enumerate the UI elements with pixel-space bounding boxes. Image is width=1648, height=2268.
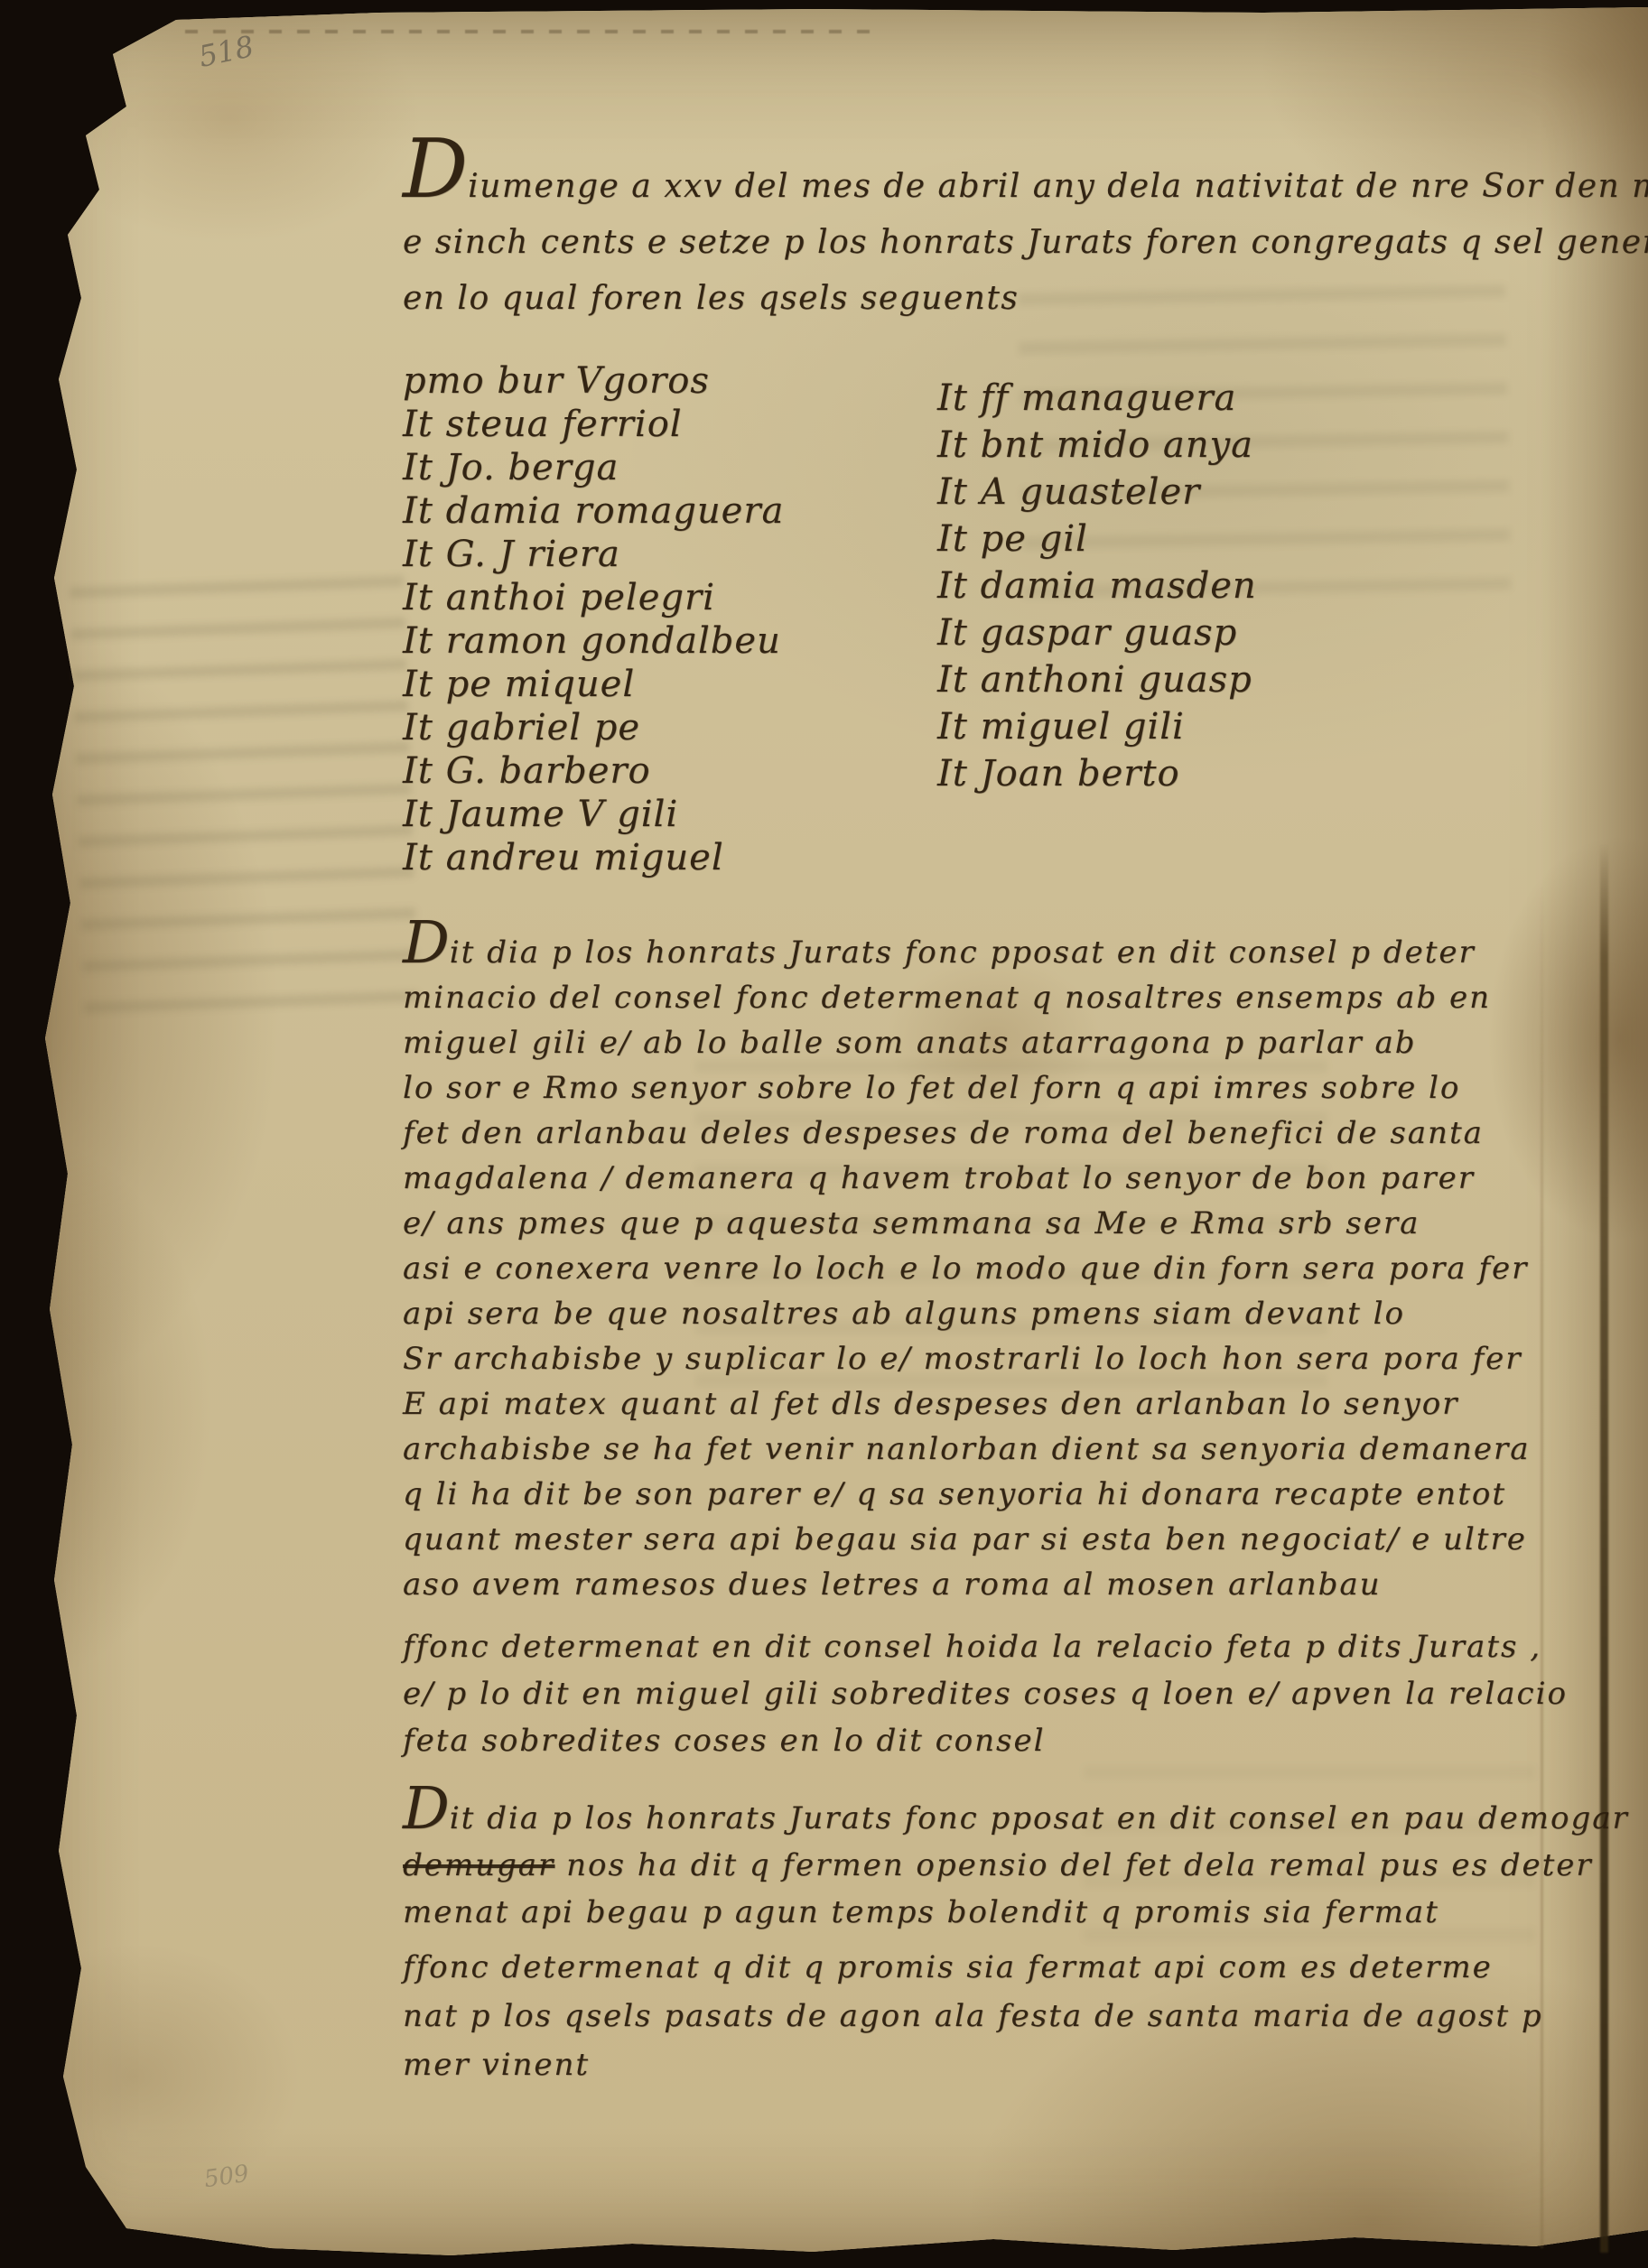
body-line: ffonc determenat en dit consel hoida la …: [403, 1623, 1568, 1670]
attendee-name: It G. barbero: [403, 749, 784, 793]
body-line: asi e conexera venre lo loch e lo modo q…: [403, 1246, 1531, 1291]
body-line: magdalena / demanera q havem trobat lo s…: [403, 1156, 1531, 1201]
body-line: Sr archabisbe y suplicar lo e/ mostrarli…: [403, 1336, 1531, 1381]
attendee-name: It Joan berto: [937, 750, 1257, 797]
paragraph-proposal: Dit dia p los honrats Jurats fonc pposat…: [403, 1795, 1629, 1936]
attendee-name: It bnt mido anya: [937, 422, 1257, 469]
body-line: menat api begau p agun temps bolendit q …: [403, 1889, 1629, 1936]
body-line: minacio del consel fonc determenat q nos…: [403, 975, 1531, 1020]
attendee-list-right: It ff managuera It bnt mido anya It A gu…: [937, 375, 1257, 797]
attendee-name: It A guasteler: [937, 469, 1257, 516]
body-line: lo sor e Rmo senyor sobre lo fet del for…: [403, 1065, 1531, 1111]
paragraph-resolution-tarragona: Dit dia p los honrats Jurats fonc pposat…: [403, 930, 1531, 1607]
attendee-name: It anthoi pelegri: [403, 576, 784, 619]
attendee-name: It Jo. berga: [403, 446, 784, 489]
body-line: mer vinent: [403, 2040, 1543, 2089]
body-line: feta sobredites coses en lo dit consel: [403, 1717, 1568, 1764]
attendee-name: It miguel gili: [937, 703, 1257, 750]
attendee-name: It ramon gondalbeu: [403, 619, 784, 663]
body-line: E api matex quant al fet dls despeses de…: [403, 1381, 1531, 1427]
attendee-name: It anthoni guasp: [937, 656, 1257, 703]
attendee-name: It andreu miguel: [403, 836, 784, 879]
top-edge-stitching: [185, 30, 880, 33]
attendee-name: It G. J riera: [403, 533, 784, 576]
heading-paragraph: Diumenge a xxv del mes de abril any dela…: [403, 159, 1648, 327]
body-line: Dit dia p los honrats Jurats fonc pposat…: [403, 930, 1531, 975]
body-line: archabisbe se ha fet venir nanlorban die…: [403, 1427, 1531, 1472]
attendee-name: It gaspar guasp: [937, 609, 1257, 656]
attendee-name: pmo bur Vgoros: [403, 359, 784, 403]
body-line: q li ha dit be son parer e/ q sa senyori…: [403, 1472, 1531, 1517]
paragraph-approval: ffonc determenat en dit consel hoida la …: [403, 1623, 1568, 1764]
attendee-list-left: pmo bur Vgoros It steua ferriol It Jo. b…: [403, 359, 784, 879]
paragraph-final-resolution: ffonc determenat q dit q promis sia ferm…: [403, 1943, 1543, 2089]
attendee-name: It pe gil: [937, 516, 1257, 562]
body-line: e/ p lo dit en miguel gili sobredites co…: [403, 1670, 1568, 1717]
body-line: aso avem ramesos dues letres a roma al m…: [403, 1562, 1531, 1607]
body-line: api sera be que nosaltres ab alguns pmen…: [403, 1291, 1531, 1336]
manuscript-photo: 518 509 Diumenge a xxv del mes de abril …: [0, 0, 1648, 2268]
attendee-name: It pe miquel: [403, 663, 784, 706]
body-line: quant mester sera api begau sia par si e…: [403, 1517, 1531, 1562]
body-line-rest: nos ha dit q fermen opensio del fet dela…: [554, 1847, 1592, 1883]
body-line: ffonc determenat q dit q promis sia ferm…: [403, 1943, 1543, 1992]
attendee-name: It Jaume V gili: [403, 793, 784, 836]
attendee-name: It gabriel pe: [403, 706, 784, 749]
paper-crease-dark: [1600, 844, 1608, 2253]
body-line: fet den arlanbau deles despeses de roma …: [403, 1111, 1531, 1156]
heading-line: Diumenge a xxv del mes de abril any dela…: [403, 159, 1648, 215]
body-line: e/ ans pmes que p aquesta semmana sa Me …: [403, 1201, 1531, 1246]
body-line: nat p los qsels pasats de agon ala festa…: [403, 1992, 1543, 2040]
heading-line: e sinch cents e setze p los honrats Jura…: [403, 215, 1648, 271]
body-line: Dit dia p los honrats Jurats fonc pposat…: [403, 1795, 1629, 1842]
struck-word: demugar: [403, 1847, 554, 1883]
attendee-name: It steua ferriol: [403, 403, 784, 446]
body-line: miguel gili e/ ab lo balle som anats ata…: [403, 1020, 1531, 1065]
heading-line: en lo qual foren les qsels seguents: [403, 271, 1648, 327]
body-line-with-strike: demugar nos ha dit q fermen opensio del …: [403, 1842, 1629, 1889]
attendee-name: It damia romaguera: [403, 489, 784, 533]
attendee-name: It ff managuera: [937, 375, 1257, 422]
attendee-name: It damia masden: [937, 562, 1257, 609]
